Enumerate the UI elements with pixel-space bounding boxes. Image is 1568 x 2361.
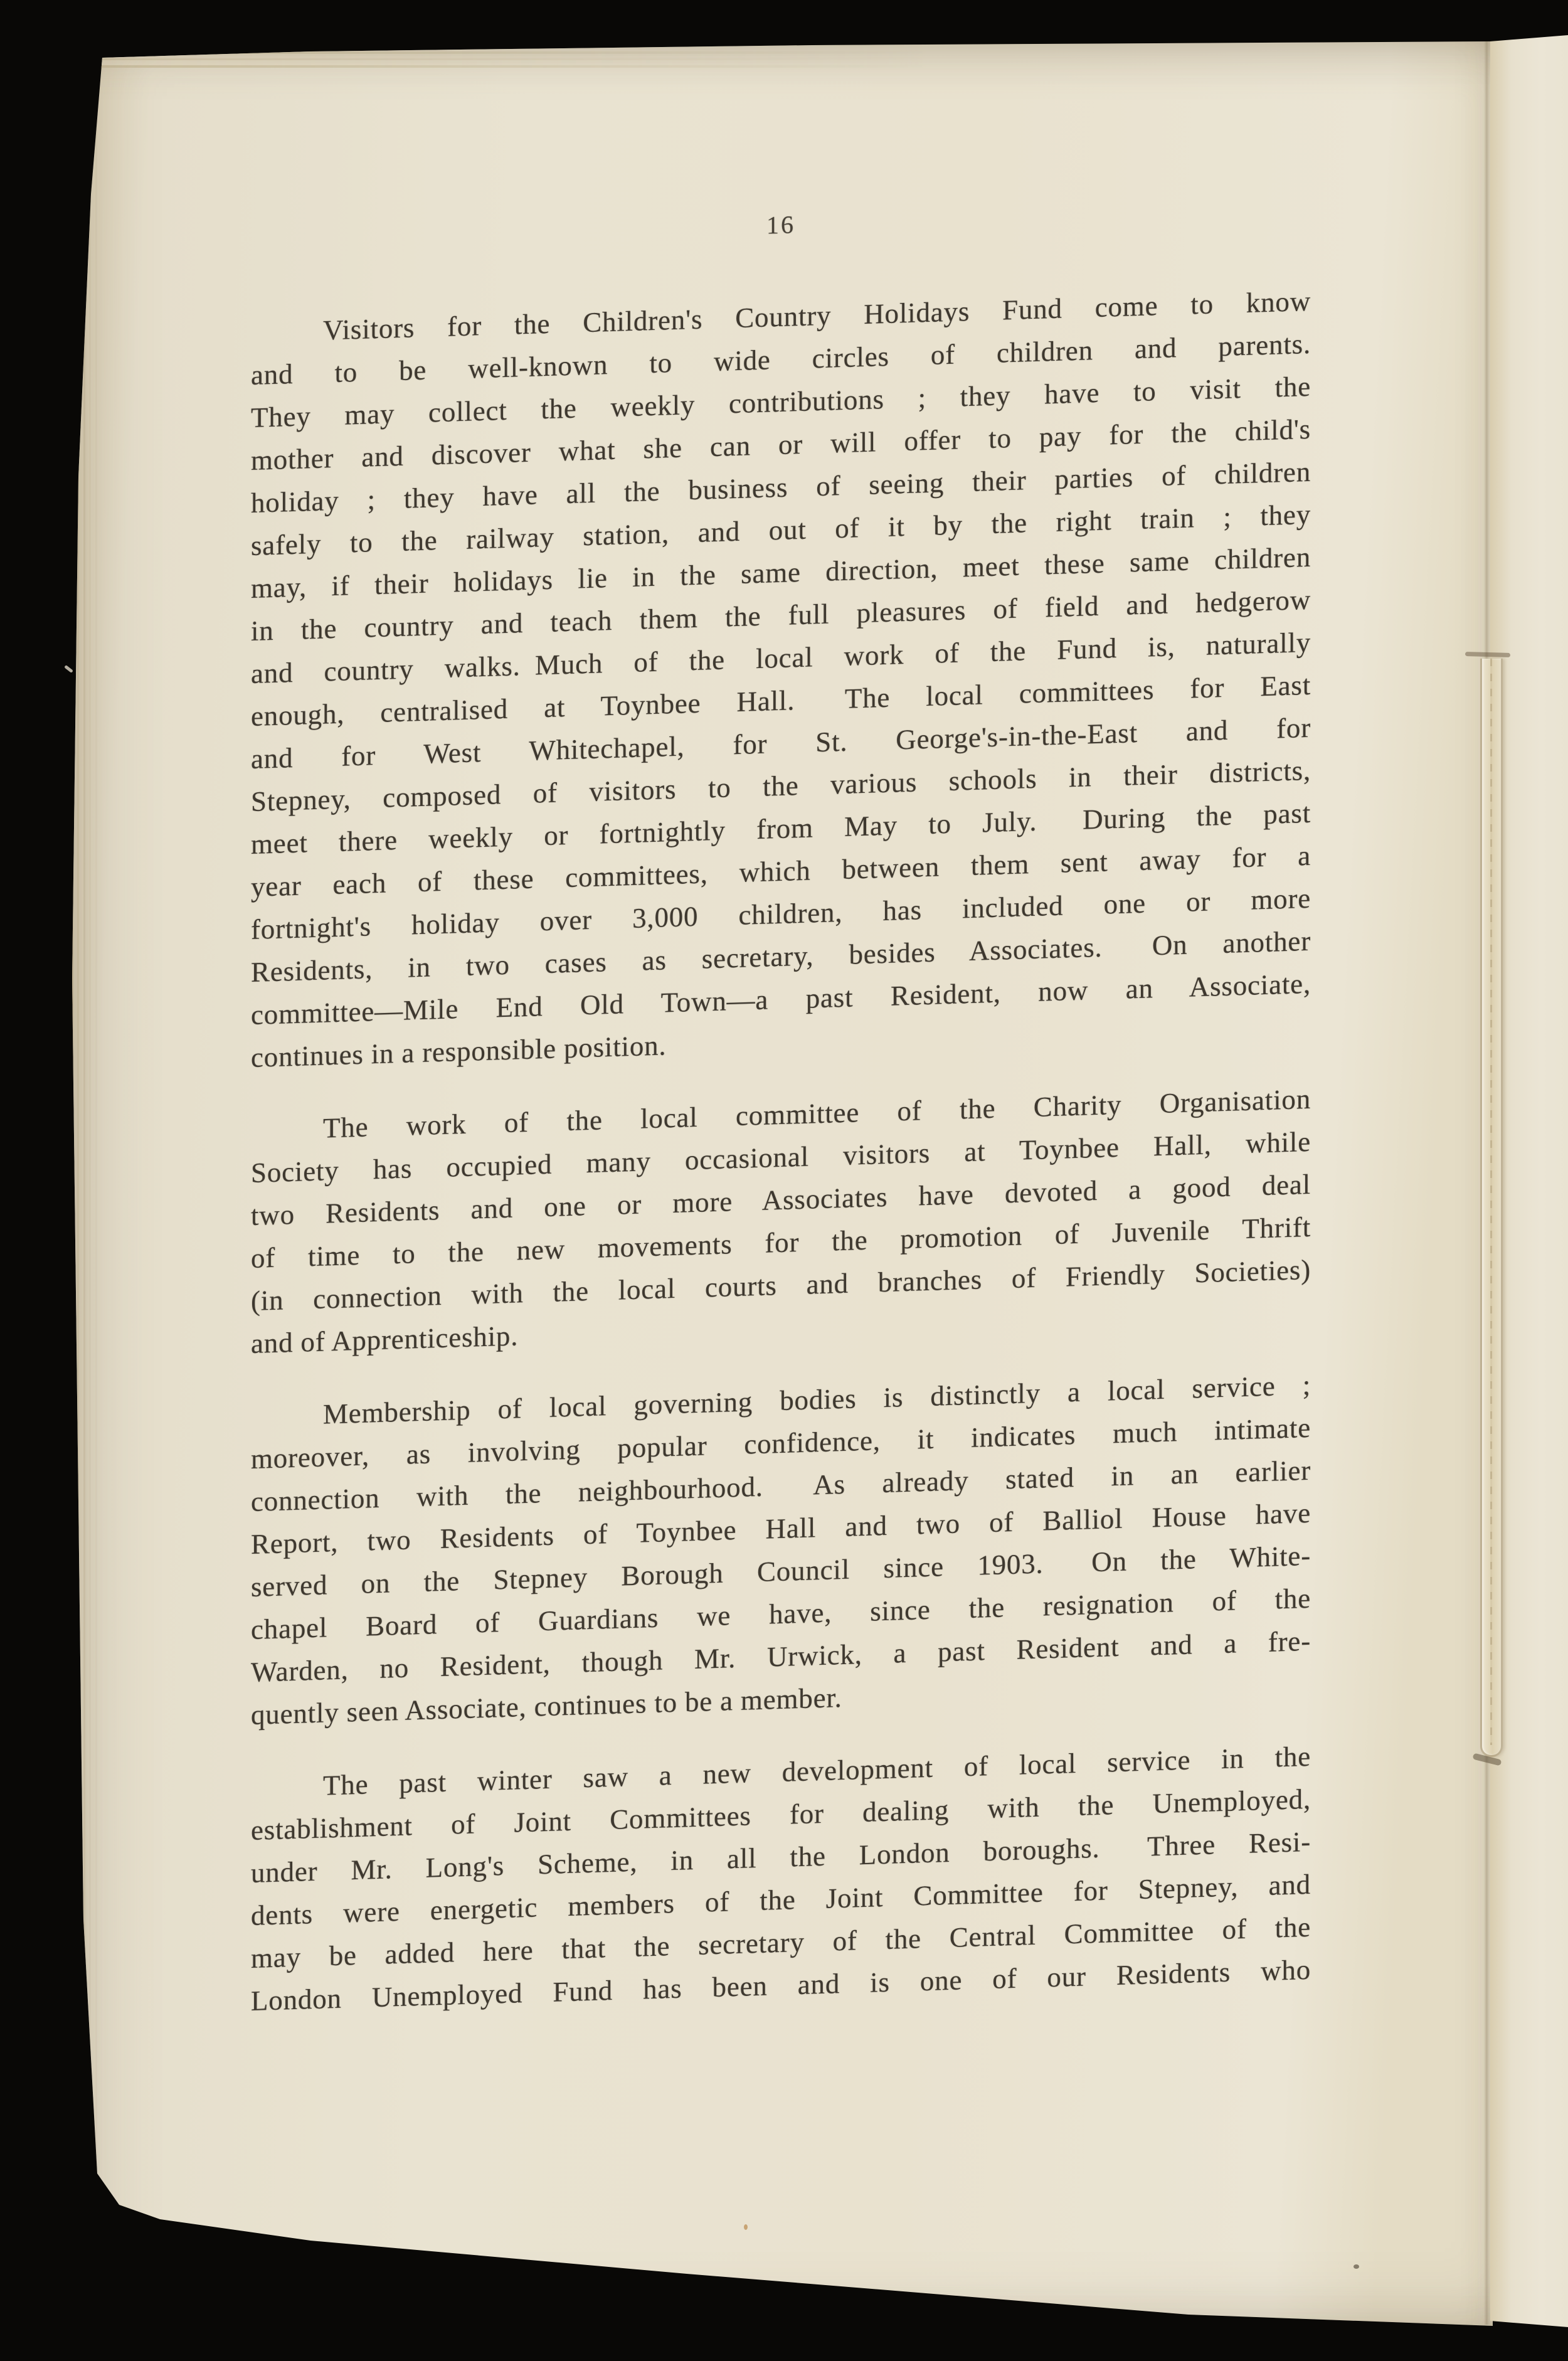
- dust-speck: [1353, 2264, 1359, 2269]
- dust-speck: [64, 665, 73, 673]
- binding-thread-twist: [1490, 659, 1492, 1745]
- binding-thread-loop: [1480, 659, 1503, 1757]
- page-shading-vignette: [60, 38, 1493, 2333]
- dust-speck: [744, 2224, 748, 2230]
- photograph-background: 16 Visitors for the Children's Country H…: [0, 0, 1568, 2361]
- book-page: 16 Visitors for the Children's Country H…: [60, 38, 1493, 2333]
